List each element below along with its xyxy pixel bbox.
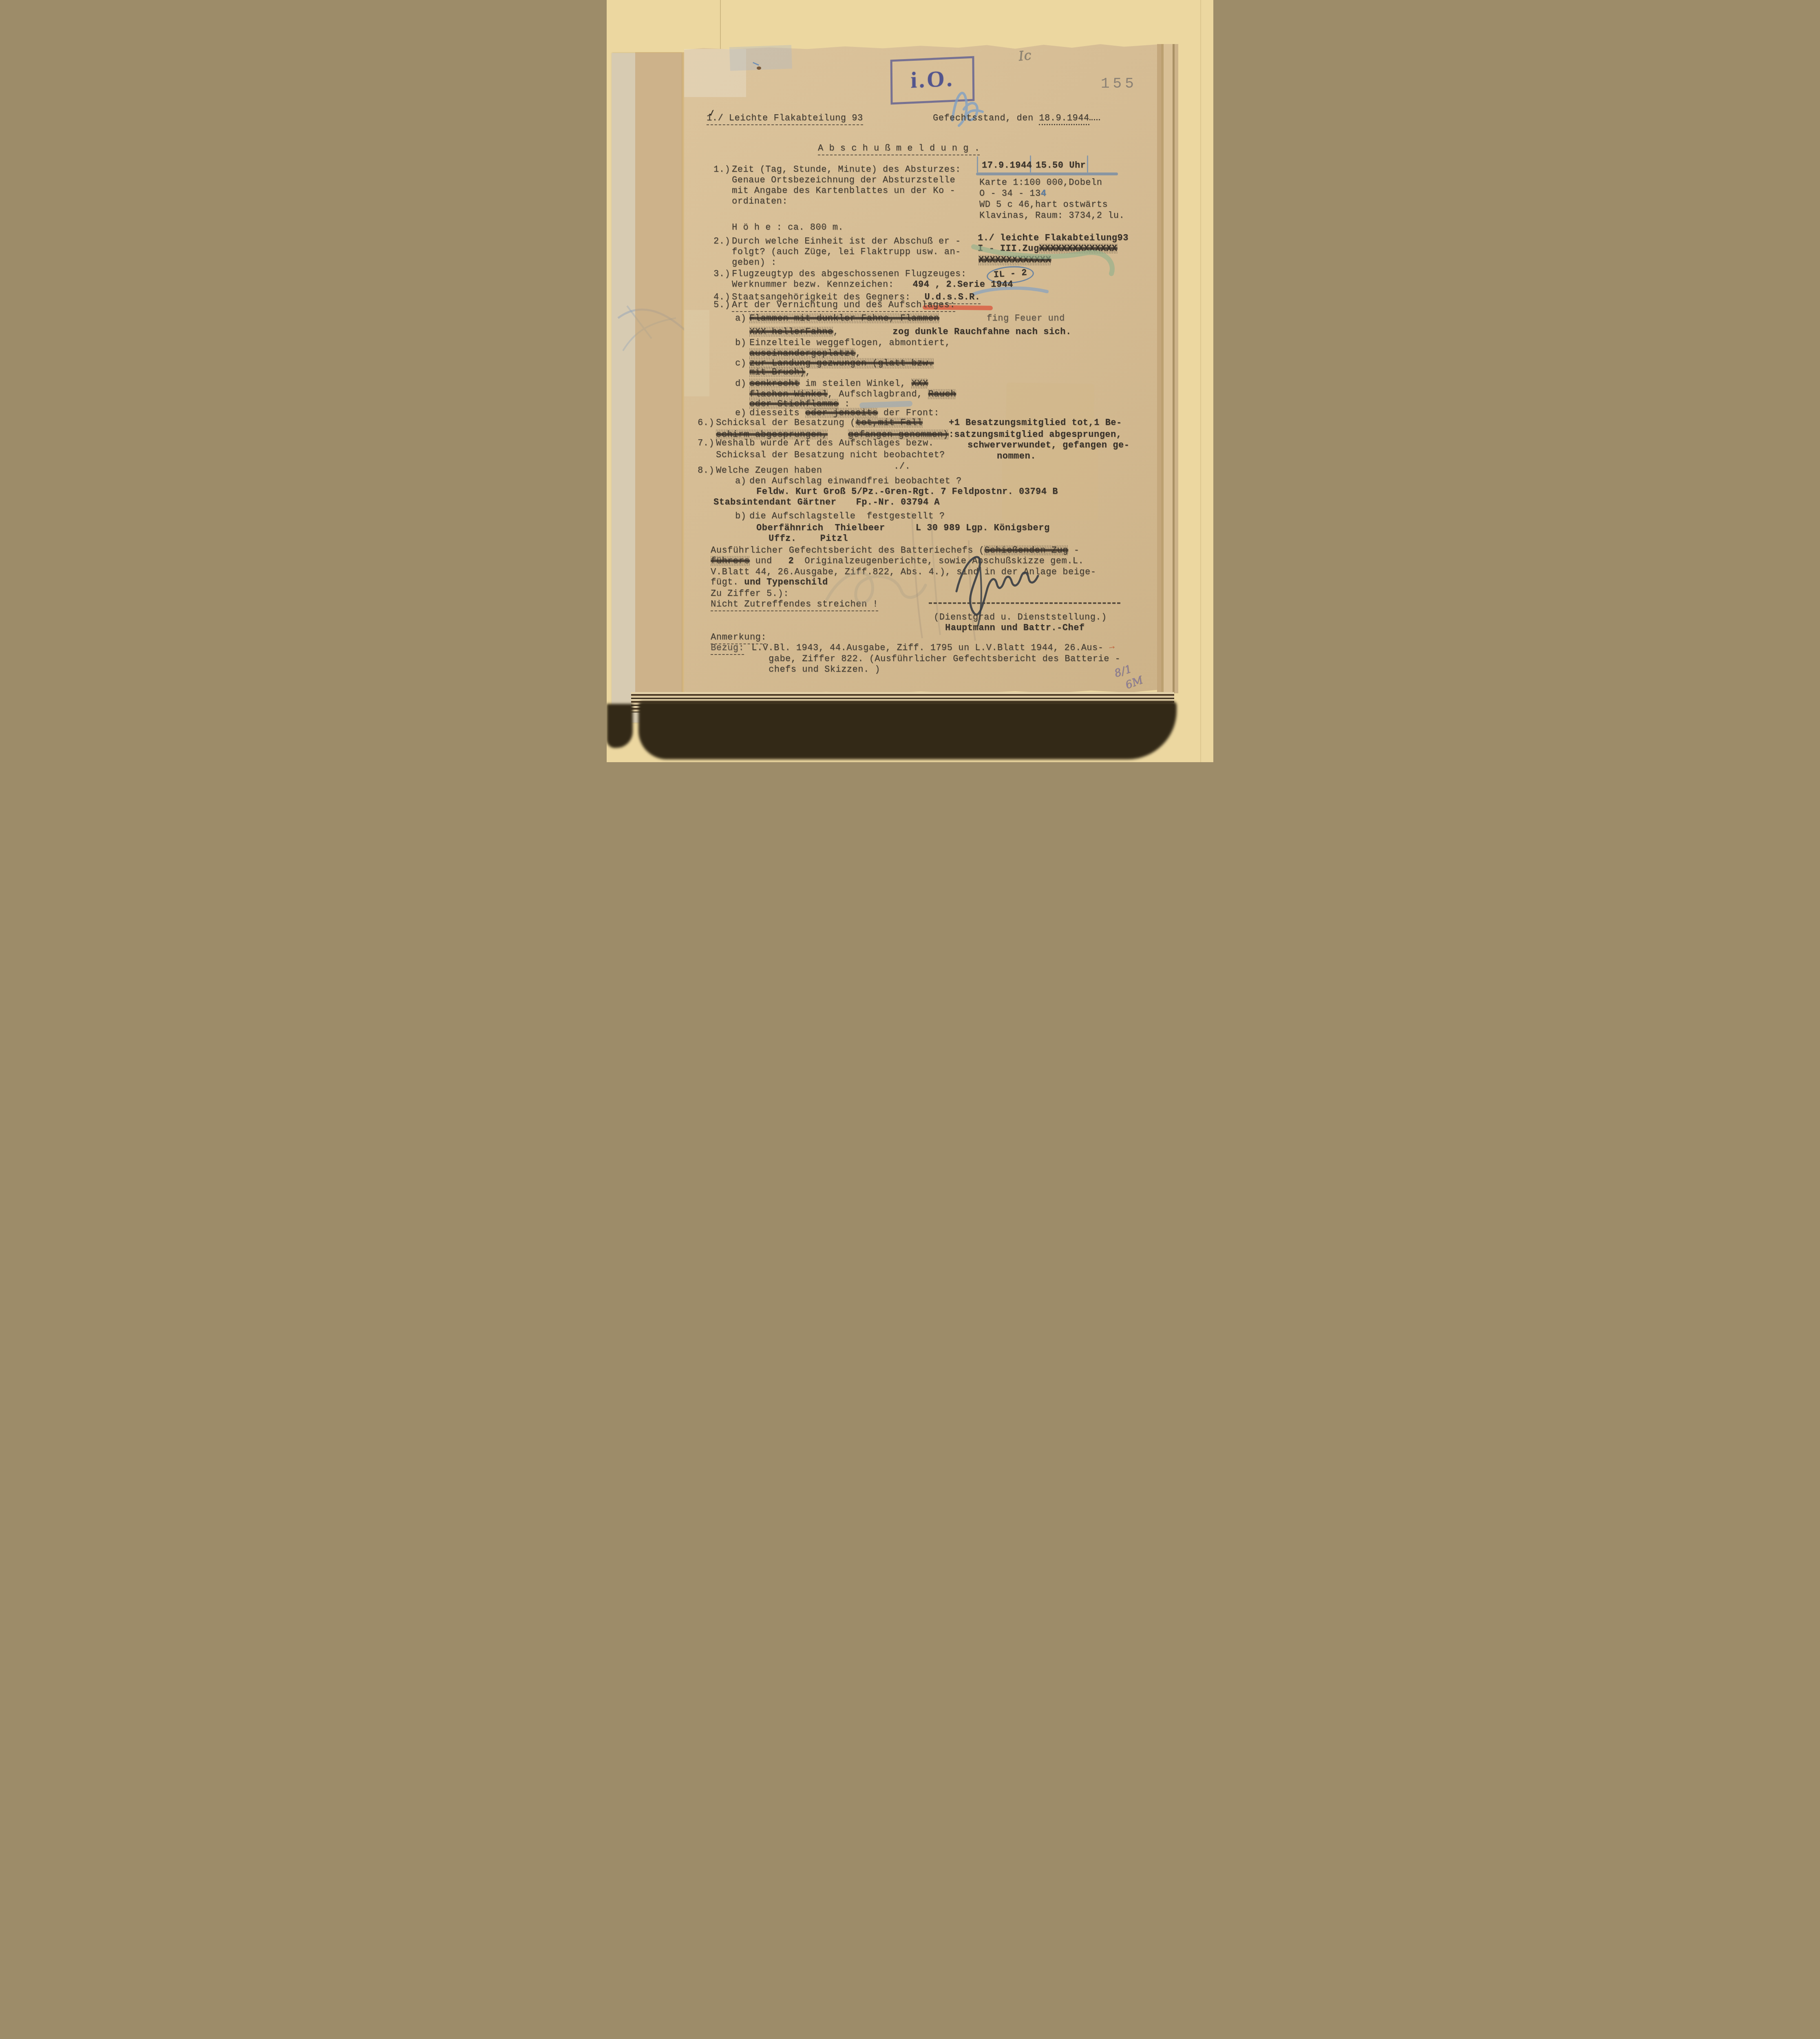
form-title: A b s c h u ß m e l d u n g . bbox=[818, 143, 980, 154]
tape-strip-left bbox=[635, 52, 685, 696]
item7-line1: Weshalb wurde Art des Aufschlages bezw. bbox=[716, 438, 934, 449]
comma: , bbox=[833, 327, 839, 337]
map-line3: WD 5 c 46,hart ostwärts bbox=[979, 199, 1108, 210]
struck-option: XXX bbox=[911, 378, 928, 389]
item3-number: 3.) bbox=[713, 269, 730, 279]
scanned-document: i.O. Ic 155 1./ Leichte Flakabteilung 93… bbox=[607, 0, 1213, 762]
struck-option: auseinandergeplatzt bbox=[749, 348, 855, 358]
crew-fate-3: schwerverwundet, gefangen ge- bbox=[967, 440, 1129, 451]
page-number: 155 bbox=[1101, 79, 1137, 89]
bezug-line3: chefs und Skizzen. ) bbox=[769, 664, 880, 675]
bezug-text1: L.V.Bl. 1943, 44.Ausgabe, Ziff. 1795 un … bbox=[751, 643, 1103, 653]
report-line4: fügt. und Typenschild bbox=[711, 577, 828, 588]
blue-frame-line bbox=[1087, 155, 1088, 172]
bezug-line2: gabe, Ziffer 822. (Ausführlicher Gefecht… bbox=[769, 654, 1120, 664]
comma: , bbox=[855, 348, 861, 358]
item8-line1: Welche Zeugen haben bbox=[716, 465, 822, 476]
backing-seam bbox=[1200, 0, 1201, 762]
crew-fate-2: :satzungsmitglied abgesprungen, bbox=[949, 429, 1122, 440]
map-coords-blue-digit: 4 bbox=[1041, 188, 1047, 199]
item5a-result1: fing Feuer und bbox=[987, 313, 1065, 323]
item5b-line1: Einzelteile weggeflogen, abmontiert, bbox=[749, 338, 950, 348]
witness-1: Feldw. Kurt Groß 5/Pz.-Gren-Rgt. 7 Feldp… bbox=[756, 487, 1058, 497]
item7-line2: Schicksal der Besatzung nicht beobachtet… bbox=[716, 450, 945, 460]
struck-option: Flammen mit dunkler Fahne, Flammen bbox=[749, 313, 939, 323]
item5a-result2: zog dunkle Rauchfahne nach sich. bbox=[892, 327, 1071, 337]
blue-underline bbox=[976, 172, 1118, 175]
serial-value: 494 , 2.Serie 1944 bbox=[912, 279, 1013, 290]
report-count: 2 bbox=[788, 556, 794, 566]
item5a-label: a) bbox=[735, 313, 746, 324]
witness-4-name: Pitzl bbox=[820, 533, 848, 544]
item2-line2: folgt? (auch Züge, lei Flaktrupp usw. an… bbox=[732, 247, 961, 257]
report-date: 18.9.1944 bbox=[1039, 113, 1089, 125]
bezug-line1: Bezug:L.V.Bl. 1943, 44.Ausgabe, Ziff. 17… bbox=[711, 643, 1103, 653]
crew-fate-1: +1 Besatzungsmitglied tot,1 Be- bbox=[949, 418, 1122, 428]
item2-line1: Durch welche Einheit ist der Abschuß er … bbox=[732, 236, 961, 247]
item1-line4: ordinaten: bbox=[732, 196, 788, 207]
tape-patch bbox=[684, 310, 709, 396]
item5c-line2: mit Bruch), bbox=[749, 367, 811, 378]
page-edge bbox=[1175, 44, 1178, 693]
witness-3-name: Thielbeer bbox=[835, 523, 885, 533]
item5-number: 5.) bbox=[713, 300, 730, 310]
struck-option: XXX hellerFahne bbox=[749, 327, 833, 337]
map-line2: O - 34 - 134 bbox=[979, 188, 1046, 199]
page-edge bbox=[1164, 44, 1173, 693]
anmerkung-label: Anmerkung: bbox=[711, 632, 766, 643]
report-text: fügt. bbox=[711, 577, 744, 587]
item5d-kept: im steilen Winkel, bbox=[800, 378, 911, 389]
stain-speck bbox=[757, 66, 761, 70]
item5c-label: c) bbox=[735, 358, 746, 369]
signer-title: Hauptmann und Battr.-Chef bbox=[945, 623, 1085, 633]
altitude-line: H ö h e : ca. 800 m. bbox=[732, 222, 844, 233]
map-line4: Klavinas, Raum: 3734,2 lu. bbox=[979, 210, 1124, 221]
item8b-label: b) bbox=[735, 511, 746, 522]
item8-number: 8.) bbox=[698, 465, 714, 476]
station-label: Gefechtsstand, den bbox=[933, 113, 1034, 123]
orange-arrow-mark: → bbox=[1108, 641, 1115, 652]
struck-option: flachen Winkel bbox=[749, 389, 828, 399]
item5e-kept2: der Front: bbox=[878, 408, 939, 418]
crash-time: 15.50 Uhr bbox=[1036, 160, 1086, 171]
item5d-line2: flachen Winkel, Aufschlagbrand, Rauch bbox=[749, 389, 956, 400]
map-line1: Karte 1:100 000,Dobeln bbox=[979, 177, 1102, 188]
scan-shadow bbox=[638, 701, 1177, 759]
struck-option: mit Bruch) bbox=[749, 367, 805, 377]
item1-line3: mit Angabe des Kartenblattes un der Ko - bbox=[732, 186, 955, 196]
item6-number: 6.) bbox=[698, 418, 714, 428]
struck-option: führers bbox=[711, 556, 750, 566]
item5d-label: d) bbox=[735, 378, 746, 389]
struck-option: senkrecht bbox=[749, 378, 800, 389]
item5d-line1: senkrecht im steilen Winkel, XXX bbox=[749, 378, 928, 389]
item2-line3: geben) : bbox=[732, 257, 777, 268]
item5d-kept2: , Aufschlagbrand, bbox=[828, 389, 928, 399]
item5b-line2: auseinandergeplatzt, bbox=[749, 348, 861, 359]
header-unit-line: 1./ Leichte Flakabteilung 93 bbox=[707, 113, 863, 124]
item8a-question: den Aufschlag einwandfrei beobachtet ? bbox=[749, 476, 962, 487]
witness-2: Stabsintendant GärtnerFp.-Nr. 03794 A bbox=[713, 497, 940, 508]
bezug-label: Bezug: bbox=[711, 643, 744, 655]
page-edge bbox=[1157, 44, 1161, 693]
zu-ziffer-note: Zu Ziffer 5.): bbox=[711, 588, 789, 599]
struck-option: tot,mit Fall bbox=[856, 418, 923, 428]
crew-fate-4: nommen. bbox=[997, 451, 1036, 462]
archive-pencil-mark: 8/1 bbox=[1113, 663, 1133, 679]
item6-line1: Schicksal der Besatzung (tot,mit Fall+1 … bbox=[716, 418, 1122, 428]
witness-3: OberfähnrichThielbeerL 30 989 Lgp. König… bbox=[756, 523, 1050, 533]
item2-number: 2.) bbox=[713, 236, 730, 247]
witness-3-rank: Oberfähnrich bbox=[756, 523, 823, 533]
report-text: und bbox=[750, 556, 778, 566]
unit-name: 1./ Leichte Flakabteilung 93 bbox=[707, 113, 863, 125]
item5-title: Art der Vernichtung und des Aufschlages: bbox=[732, 300, 955, 310]
slash-mark: ./. bbox=[894, 461, 910, 472]
crash-date: 17.9.1944 bbox=[982, 160, 1032, 171]
station-date-line: Gefechtsstand, den 18.9.1944 bbox=[933, 113, 1100, 124]
corner-mark-ic: Ic bbox=[1018, 49, 1032, 61]
item1-number: 1.) bbox=[713, 164, 730, 175]
blue-frame-line bbox=[977, 156, 978, 172]
item1-line1: Zeit (Tag, Stunde, Minute) des Absturzes… bbox=[732, 164, 961, 175]
item6-label: Schicksal der Besatzung ( bbox=[716, 418, 856, 428]
form-title-text: A b s c h u ß m e l d u n g . bbox=[818, 143, 980, 155]
item8a-label: a) bbox=[735, 476, 746, 487]
item5e-line: diesseits oder jenseits der Front: bbox=[749, 408, 939, 418]
rank-caption: (Dienstgrad u. Dienststellung.) bbox=[934, 612, 1107, 623]
item3-line1: Flugzeugtyp des abgeschossenen Flugzeuge… bbox=[732, 269, 967, 279]
comma: , bbox=[805, 367, 811, 377]
serial-label: Werknummer bezw. Kennzeichen: bbox=[732, 279, 894, 290]
map-coords: O - 34 - 13 bbox=[979, 188, 1041, 199]
witness-4: Uffz.Pitzl bbox=[769, 533, 848, 544]
item5e-label: e) bbox=[735, 408, 746, 418]
item5b-label: b) bbox=[735, 338, 746, 348]
witness-2-name: Stabsintendant Gärtner bbox=[713, 497, 836, 507]
item5e-kept: diesseits bbox=[749, 408, 805, 418]
item1-line2: Genaue Ortsbezeichnung der Absturzstelle bbox=[732, 175, 955, 186]
witness-4-rank: Uffz. bbox=[769, 533, 797, 544]
blue-smudge bbox=[859, 401, 912, 409]
scan-shadow-left bbox=[607, 704, 633, 748]
page-content: i.O. Ic 155 1./ Leichte Flakabteilung 93… bbox=[684, 43, 1157, 694]
item3-line2: Werknummer bezw. Kennzeichen:494 , 2.Ser… bbox=[732, 279, 1013, 290]
report-added: und Typenschild bbox=[744, 577, 828, 587]
green-pencil-swoosh bbox=[949, 238, 1124, 283]
report-text: - bbox=[1068, 545, 1079, 555]
archive-pencil-mark2: 6M bbox=[1124, 675, 1144, 691]
item5-title-text: Art der Vernichtung und des Aufschlages: bbox=[732, 300, 955, 312]
struck-option: Rauch bbox=[928, 389, 956, 399]
struck-option: oder jenseits bbox=[805, 408, 878, 418]
item5a-line1: Flammen mit dunkler Fahne, Flammenfing F… bbox=[749, 313, 1065, 324]
item7-number: 7.) bbox=[698, 438, 714, 449]
witness-2-fp: Fp.-Nr. 03794 A bbox=[856, 497, 940, 507]
item5a-line2: XXX hellerFahne,zog dunkle Rauchfahne na… bbox=[749, 327, 1071, 337]
